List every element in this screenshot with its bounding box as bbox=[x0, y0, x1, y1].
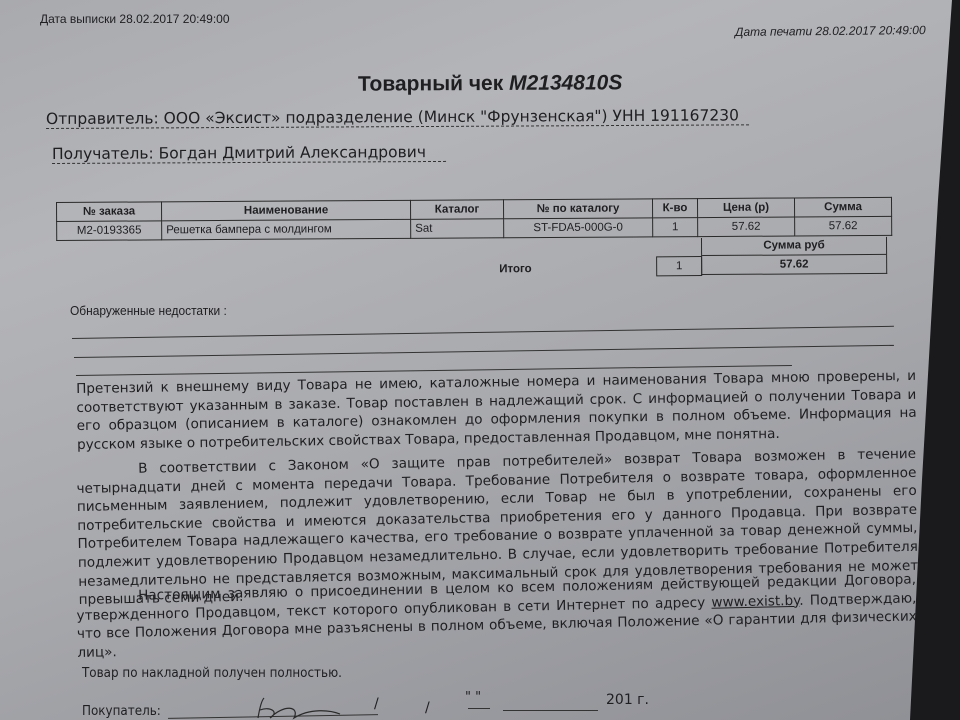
cell-qty: 1 bbox=[653, 218, 698, 237]
col-sum: Сумма bbox=[794, 197, 891, 217]
signature-slash: / bbox=[374, 696, 379, 712]
col-name: Наименование bbox=[162, 200, 411, 221]
total-qty: 1 bbox=[656, 256, 702, 276]
received-statement: Товар по накладной получен полностью. bbox=[82, 666, 342, 681]
cell-catalog: Sat bbox=[411, 219, 504, 239]
year-label: 201 г. bbox=[606, 692, 649, 708]
items-table-wrap: № заказа Наименование Каталог № по катал… bbox=[56, 197, 892, 241]
total-sum-header: Сумма руб bbox=[702, 237, 886, 256]
totals-block: Итого 1 Сумма руб 57.62 bbox=[56, 237, 884, 284]
defects-line-1 bbox=[72, 326, 894, 339]
month-blank bbox=[503, 710, 598, 711]
cell-price: 57.62 bbox=[698, 217, 795, 237]
col-price: Цена (р) bbox=[697, 198, 794, 218]
day-blank bbox=[468, 708, 490, 709]
receipt-paper: Дата выписки 28.02.2017 20:49:00 Дата пе… bbox=[0, 0, 960, 720]
total-sum-box: Сумма руб 57.62 bbox=[701, 237, 887, 275]
date-quotes: " " bbox=[465, 690, 481, 705]
receipt-title: Товарный чек M2134810S bbox=[358, 71, 622, 96]
defects-line-2 bbox=[74, 345, 894, 358]
paragraph-claims: Претензий к внешнему виду Товара не имею… bbox=[76, 367, 917, 455]
cell-name: Решетка бампера с молдингом bbox=[162, 219, 411, 240]
receipt-number: M2134810S bbox=[509, 71, 622, 95]
col-order: № заказа bbox=[57, 202, 162, 222]
col-catalog: Каталог bbox=[410, 200, 503, 220]
cell-order: M2-0193365 bbox=[57, 221, 162, 241]
cell-sum: 57.62 bbox=[795, 216, 892, 236]
issue-date: Дата выписки 28.02.2017 20:49:00 bbox=[40, 12, 230, 26]
col-catalog-number: № по каталогу bbox=[503, 199, 652, 219]
title-prefix: Товарный чек bbox=[358, 72, 509, 96]
total-label: Итого bbox=[499, 263, 532, 275]
items-table: № заказа Наименование Каталог № по катал… bbox=[56, 197, 892, 241]
exist-website-link[interactable]: www.exist.by bbox=[711, 592, 799, 610]
col-qty: К-во bbox=[652, 199, 697, 218]
sender-line: Отправитель: ООО «Эксист» подразделение … bbox=[46, 106, 749, 129]
cell-catalog-number: ST-FDA5-000G-0 bbox=[504, 218, 653, 238]
signature-slash-2: / bbox=[425, 700, 430, 716]
recipient-line: Получатель: Богдан Дмитрий Александрович bbox=[52, 143, 446, 164]
print-date: Дата печати 28.02.2017 20:49:00 bbox=[735, 23, 926, 39]
defects-label: Обнаруженные недостатки : bbox=[70, 303, 227, 318]
buyer-label: Покупатель: bbox=[82, 704, 161, 719]
signature-scribble-icon bbox=[240, 696, 360, 720]
total-sum-value: 57.62 bbox=[702, 255, 886, 274]
